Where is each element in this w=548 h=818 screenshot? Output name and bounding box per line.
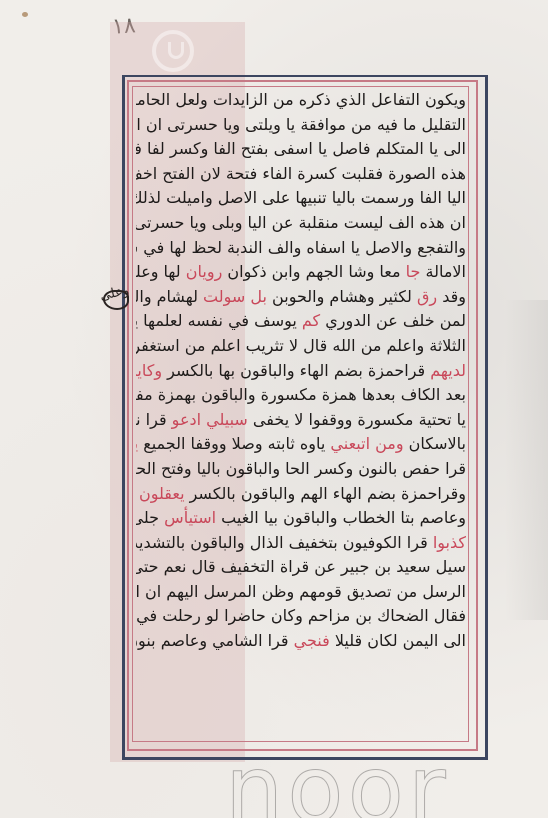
text-line: الثلاثة واعلم من الله قال لا تثريب اعلم … (136, 334, 466, 359)
text-line: الى اليمن لكان قليلا فنجي قرا الشامي وعا… (136, 629, 466, 654)
site-watermark: noor (225, 760, 548, 818)
text-line: اليا الفا ورسمت باليا تنبيها على الاصل و… (136, 186, 466, 211)
text-line: ويكون التفاعل الذي ذكره من الزايدات ولعل… (136, 88, 466, 113)
text-segment: الامالة (420, 262, 466, 281)
text-line: والتفجع والاصل يا اسفاه والف الندبة لحظ … (136, 236, 466, 261)
text-segment: معا وشا الجهم وابن ذكوان (222, 262, 405, 281)
text-segment: الثلاثة واعلم من الله قال لا تثريب اعلم … (136, 336, 466, 355)
text-line: هذه الصورة فقلبت كسرة الفاء فتحة لان الف… (136, 162, 466, 187)
text-segment: التقليل ما فيه من موافقة يا ويلتى ويا حس… (136, 115, 466, 134)
text-segment: لمن خلف عن الدوري (320, 311, 466, 330)
text-line: الامالة جا معا وشا الجهم وابن ذكوان رويا… (136, 260, 466, 285)
text-segment: بعد الكاف بعدها همزة مكسورة والباقون بهم… (136, 385, 466, 404)
text-segment: جلى (136, 508, 164, 527)
text-segment: ياوه ثابته وصلا ووقفا الجميع (138, 434, 330, 453)
rubric-word: رويان (186, 262, 223, 281)
ink-smudge (22, 12, 28, 17)
text-segment: وقراحمزة بضم الهاء الهم والباقون بالكسر (185, 484, 466, 503)
text-line: وقراحمزة بضم الهاء الهم والباقون بالكسر … (136, 482, 466, 507)
rubric-word: رق (417, 287, 437, 306)
rubric-word: لديهم (430, 361, 466, 380)
text-line: الرسل من تصديق قومهم وظن المرسل اليهم ان… (136, 580, 466, 605)
text-segment: والتفجع والاصل يا اسفاه والف الندبة لحظ … (136, 238, 466, 257)
text-segment: قراحمزة بضم الهاء والباقون بها بالكسر (162, 361, 430, 380)
text-segment: قرا حفص بالنون وكسر الحا والباقون باليا … (136, 459, 466, 478)
rubric-word: بل سولت (203, 287, 267, 306)
rubric-word: فنجي (294, 631, 330, 650)
manuscript-text: ويكون التفاعل الذي ذكره من الزايدات ولعل… (136, 88, 466, 738)
text-line: سيل سعيد بن جبير عن قراة التخفيف قال نعم… (136, 555, 466, 580)
rubric-word: استيأس (164, 508, 216, 527)
rubric-word: سبيلي ادعو (172, 410, 248, 429)
text-segment: اليا الفا ورسمت باليا تنبيها على الاصل و… (136, 188, 466, 207)
text-segment: لها وعلى المدغم (136, 262, 186, 281)
rubric-word: ومن اتبعني (330, 434, 403, 453)
text-segment: الى يا المتكلم فاصل يا اسفى بفتح الفا وك… (136, 139, 466, 158)
text-line: كذبوا قرا الكوفيون بتخفيف الذال والباقون… (136, 531, 466, 556)
text-line: لمن خلف عن الدوري كم يوسف في نفسه لعلمها… (136, 309, 466, 334)
text-segment: بالاسكان (404, 434, 466, 453)
text-segment: يوسف في نفسه لعلمها يوسف يان بلى انه هو (136, 311, 302, 330)
text-segment: سيل سعيد بن جبير عن قراة التخفيف قال نعم… (136, 557, 466, 576)
text-line: وقد رق لكثير وهشام والحوبن بل سولت لهشام… (136, 285, 466, 310)
paper-shadow (505, 300, 548, 620)
text-segment: هذه الصورة فقلبت كسرة الفاء فتحة لان الف… (136, 164, 466, 183)
text-segment: لهشام والحوبن (136, 287, 203, 306)
text-line: التقليل ما فيه من موافقة يا ويلتى ويا حس… (136, 113, 466, 138)
rubric-word: جا (406, 262, 421, 281)
text-line: وعاصم بتا الخطاب والباقون بيا الغيب استي… (136, 506, 466, 531)
text-segment: قرا الكوفيون بتخفيف الذال والباقون بالتش… (136, 533, 433, 552)
text-segment: ان هذه الف ليست منقلبة عن اليا وبلى ويا … (136, 213, 466, 232)
text-segment: ويكون التفاعل الذي ذكره من الزايدات ولعل… (136, 90, 466, 109)
text-segment: لكثير وهشام والحوبن (267, 287, 417, 306)
rubric-word: يعقلون (139, 484, 185, 503)
text-segment: يا تحتية مكسورة ووقفوا لا يخفى (248, 410, 466, 429)
text-line: فقال الضحاك بن مزاحم وكان حاضرا لو رحلت … (136, 604, 466, 629)
power-logo-icon (152, 30, 194, 72)
text-segment: وقد (437, 287, 466, 306)
text-segment: الى اليمن لكان قليلا (330, 631, 466, 650)
rubric-word: كم (302, 311, 320, 330)
rubric-word: وكاين (136, 361, 162, 380)
text-segment: فقال الضحاك بن مزاحم وكان حاضرا لو رحلت … (136, 606, 466, 625)
text-line: بالاسكان ومن اتبعني ياوه ثابته وصلا ووقف… (136, 432, 466, 457)
text-segment: قرا نافع بفتح اليا والباقون (136, 410, 172, 429)
text-line: بعد الكاف بعدها همزة مكسورة والباقون بهم… (136, 383, 466, 408)
text-segment: الرسل من تصديق قومهم وظن المرسل اليهم ان… (136, 582, 466, 601)
text-line: ان هذه الف ليست منقلبة عن اليا وبلى ويا … (136, 211, 466, 236)
text-line: يا تحتية مكسورة ووقفوا لا يخفى سبيلي ادع… (136, 408, 466, 433)
text-segment: وعاصم بتا الخطاب والباقون بيا الغيب (216, 508, 466, 527)
rubric-word: كذبوا (433, 533, 466, 552)
text-segment: قرا الشامي وعاصم بنون واحدة (136, 631, 294, 650)
text-line: لديهم قراحمزة بضم الهاء والباقون بها بال… (136, 359, 466, 384)
text-line: الى يا المتكلم فاصل يا اسفى بفتح الفا وك… (136, 137, 466, 162)
text-line: قرا حفص بالنون وكسر الحا والباقون باليا … (136, 457, 466, 482)
